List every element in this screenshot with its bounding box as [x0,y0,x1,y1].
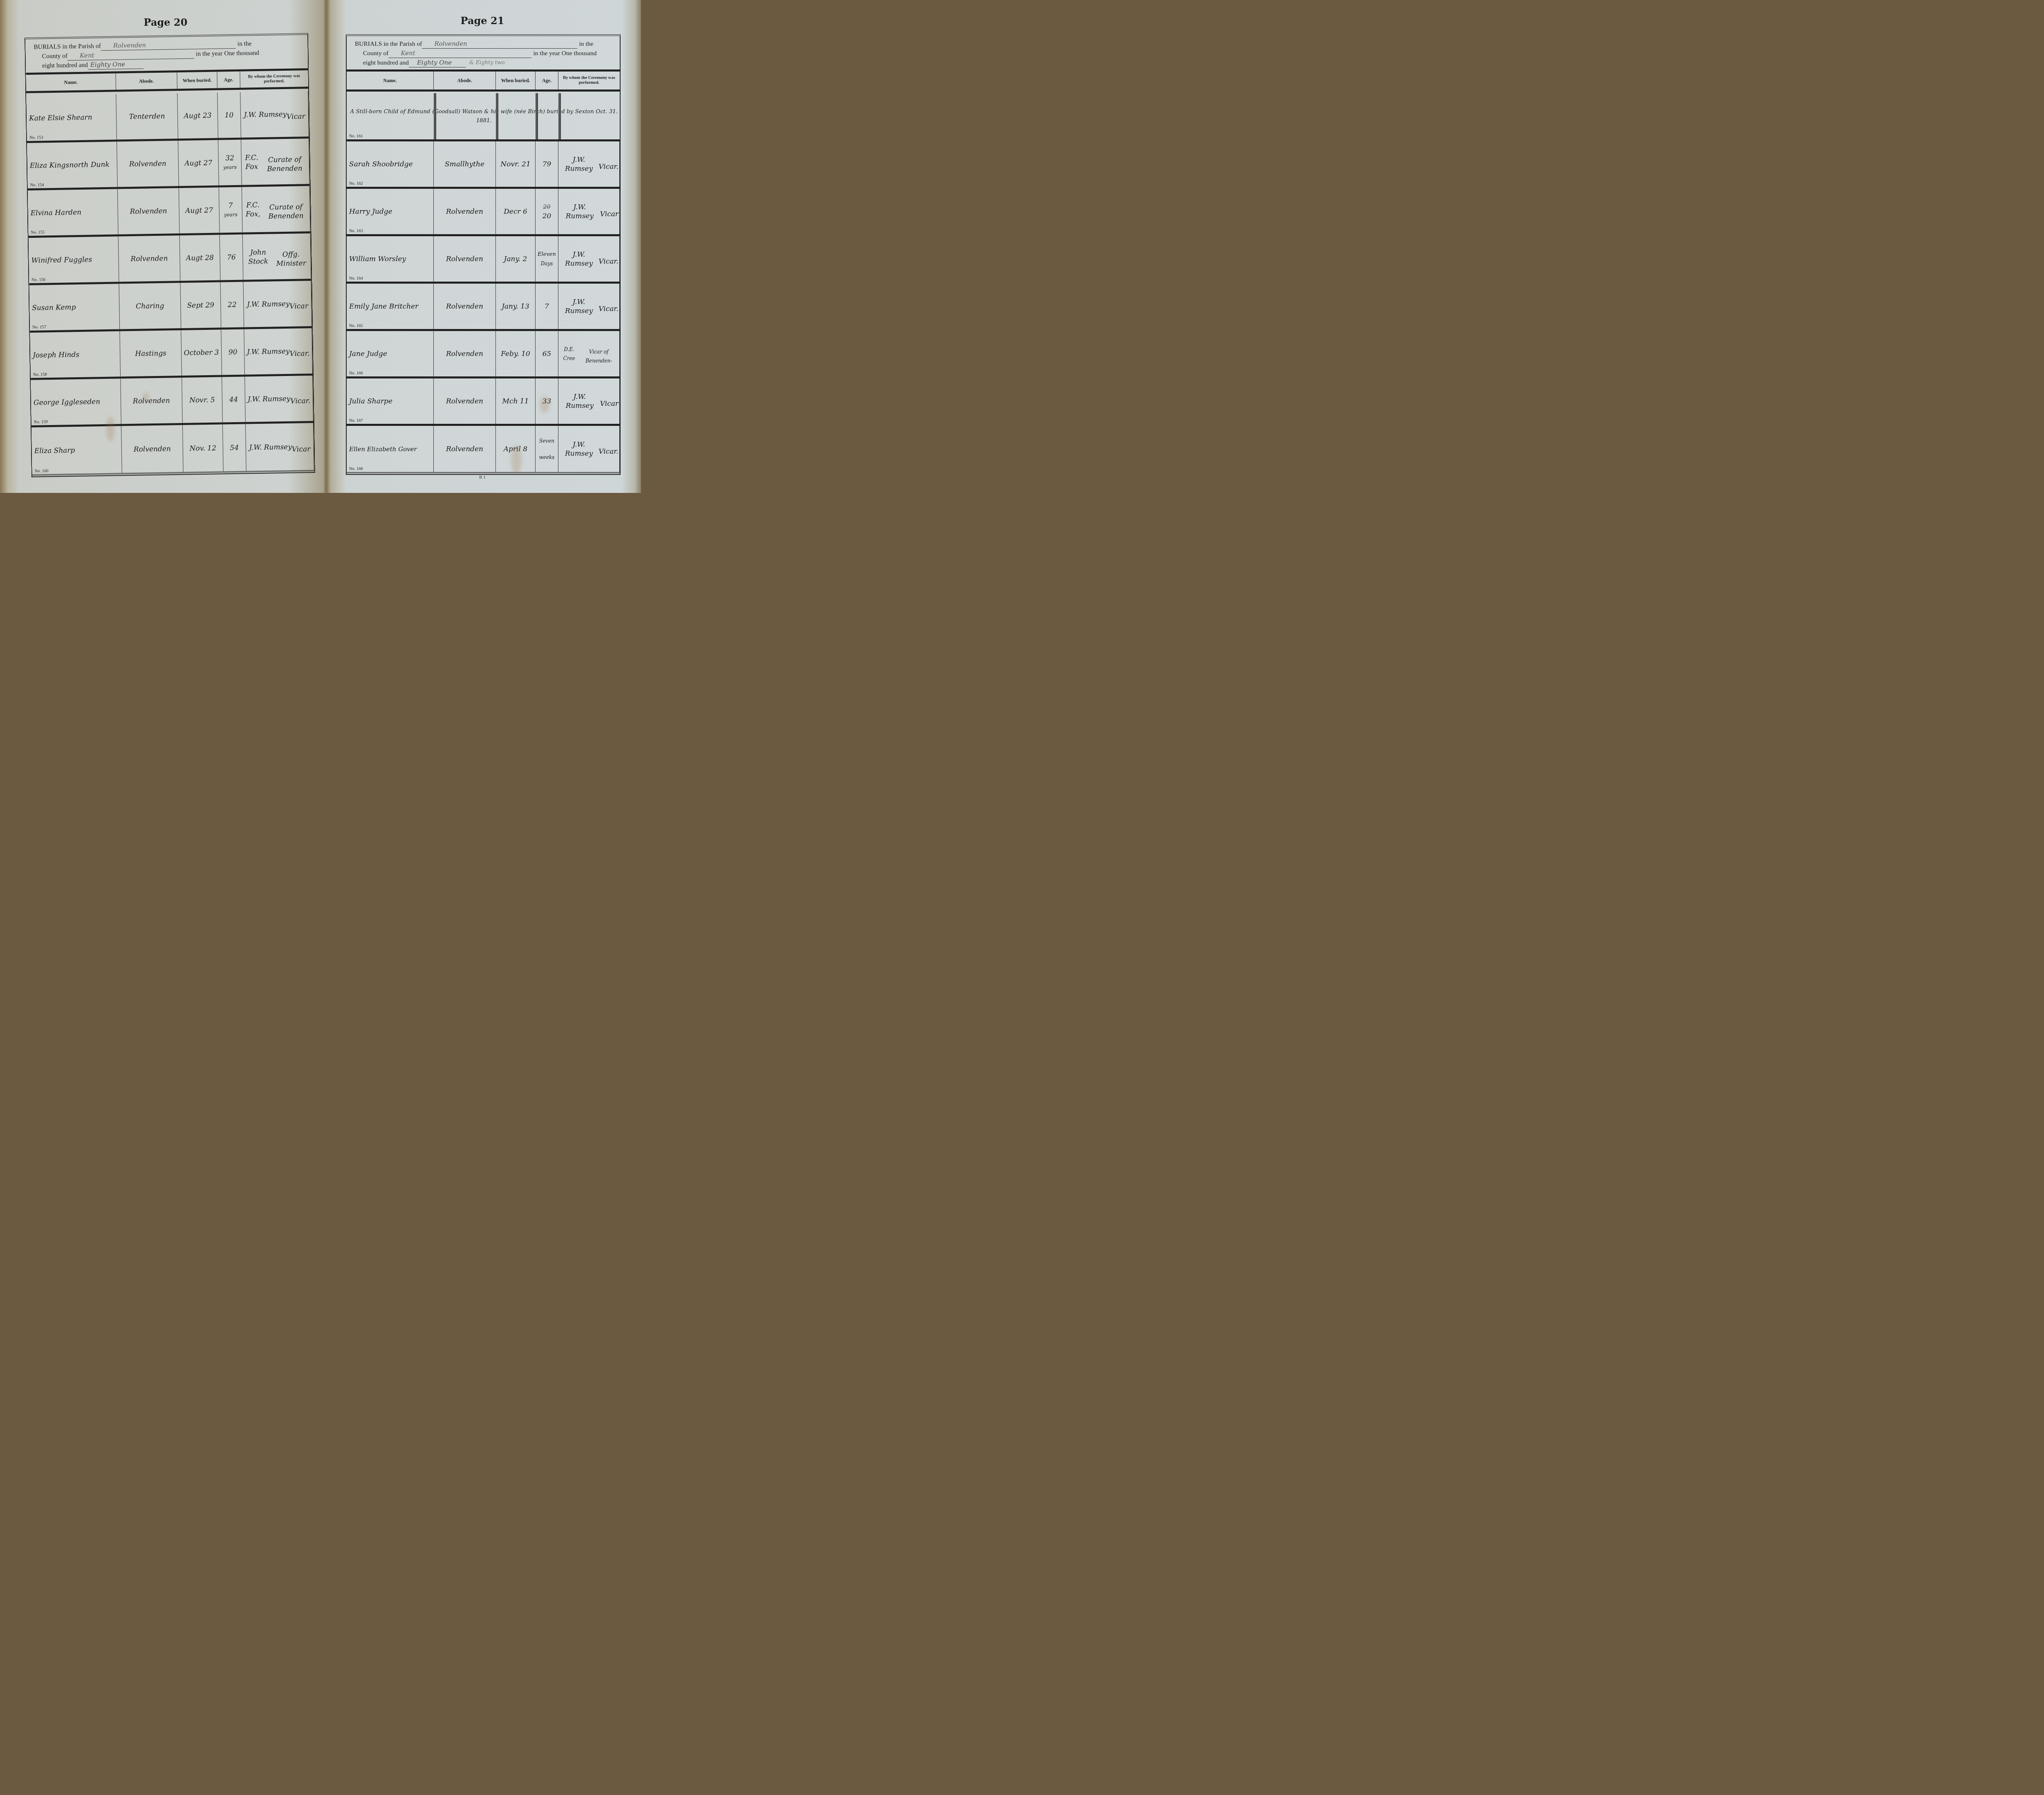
entry-officiant: J.W. RumseyVicar [558,189,620,234]
year-field-addition: & Eighty two [466,58,505,67]
entry-officiant: J.W. RumseyVicar. [558,284,620,329]
col-abode: Abode. [434,72,496,90]
heading-label: in the year One thousand [533,49,596,58]
signature-mark: B 1 [327,475,638,480]
entry-officiant: F.C. Fox,Curate of Benenden [242,186,311,233]
burial-register-form: BURIALS in the Parish of Rolvenden in th… [346,34,621,475]
entry-number: No. 162 [349,181,363,186]
entry-name: George Iggleseden [31,378,121,425]
entry-officiant: D.E. CreeVicar of Benenden- [558,331,620,376]
entry-abode: Hastings [120,330,182,376]
entry-number: No. 156 [31,278,45,282]
officiant-title: Vicar [289,302,308,311]
entry-name: Joseph Hinds [30,331,121,378]
page-title: Page 20 [8,16,323,28]
burial-entry: Susan Kemp Charing Sept 29 22 J.W. Rumse… [29,281,312,333]
entry-officiant: J.W. RumseyVicar. [245,376,314,422]
entry-when-buried: Jany. 13 [496,284,536,329]
left-page: Page 20 BURIALS in the Parish of Rolvend… [8,0,323,493]
entry-officiant: J.W. RumseyVicar [246,423,314,471]
officiant-title: Vicar [292,445,311,454]
year-field: Eighty One [88,59,143,69]
entry-age: 65 [536,331,558,376]
register-heading: BURIALS in the Parish of Rolvenden in th… [25,35,308,71]
entry-officiant: J.W. RumseyVicar [243,281,312,327]
burial-entry: Harry Judge Rolvenden Decr 6 2020 J.W. R… [347,189,620,236]
entry-name: Julia Sharpe [347,378,434,424]
entry-number: No. 154 [30,183,44,188]
paper-stain [143,392,149,401]
age-value: 54 [230,443,239,452]
age-struck-value: 20 [543,203,551,212]
age-unit: Days [541,259,553,268]
age-unit: years [223,162,237,172]
entry-age: 79 [536,141,558,187]
entry-abode: Rolvenden [119,235,181,282]
age-value: Eleven [538,250,556,259]
entry-when-buried: Nov. 12 [183,424,224,472]
heading-label: BURIALS in the Parish of [34,42,101,52]
burial-entry: Ellen Elizabeth Gover Rolvenden April 8 … [347,426,620,473]
entry-abode: Rolvenden [117,141,179,187]
county-field: Kent [67,49,194,60]
officiant-name: J.W. Rumsey [244,110,287,119]
age-value: Seven [539,436,554,445]
burial-entry: Jane Judge Rolvenden Feby. 10 65 D.E. Cr… [347,331,620,378]
entry-when-buried: Novr. 5 [182,377,223,423]
entry-abode: Rolvenden [434,189,496,234]
col-when-buried: When buried. [496,72,536,90]
entry-abode: Rolvenden [434,331,496,376]
burial-entry: George Iggleseden Rolvenden Novr. 5 44 J… [31,376,314,427]
officiant-name: J.W. Rumsey [559,440,598,458]
age-value: 20 [542,212,551,221]
entry-age: 44 [222,377,246,423]
entry-name: Elvina Harden [28,189,119,235]
burial-entry: Elvina Harden Rolvenden Augt 27 7years F… [28,186,311,238]
entry-abode: Smallhythe [434,141,496,187]
entry-name: Emily Jane Britcher [347,284,434,329]
age-value: 7 [545,302,549,311]
entry-when-buried: October 3 [181,330,222,376]
register-heading: BURIALS in the Parish of Rolvenden in th… [347,36,620,68]
officiant-title: Curate of Benenden [263,202,309,221]
entry-number: No. 166 [349,371,363,376]
entry-officiant: J.W. RumseyVicar. [558,141,620,187]
age-value: 65 [542,349,551,358]
entry-abode: Rolvenden [118,188,180,234]
entry-when-buried: Augt 27 [178,140,219,186]
page-title: Page 21 [327,15,638,27]
entry-when-buried: Augt 28 [180,235,221,281]
entry-name: Ellen Elizabeth Gover [347,426,434,472]
entry-age: 90 [221,329,245,375]
entry-abode: Rolvenden [434,236,496,282]
entry-when-buried: Novr. 21 [496,141,536,187]
entry-name: Jane Judge [347,331,434,376]
officiant-name: John Stock [244,248,273,266]
burial-entry: Eliza Kingsnorth Dunk Rolvenden Augt 27 … [27,139,310,190]
entry-abode: Rolvenden [121,378,183,424]
col-age: Age. [536,72,558,90]
heading-label: eight hundred and [363,58,409,67]
officiant-name: F.C. Fox, [243,200,263,219]
officiant-name: D.E. Cree [559,345,579,363]
entry-age: 2020 [536,189,558,234]
entry-name: Susan Kemp [29,284,120,330]
officiant-title: Vicar. [289,349,309,358]
age-value: 32 [225,153,234,162]
officiant-title: Vicar. [598,257,619,266]
officiant-title: Curate of Benenden [261,155,308,174]
officiant-name: J.W. Rumsey [559,298,598,316]
heading-label: County of [363,49,388,58]
heading-label: in the year One thousand [196,49,259,58]
entry-when-buried: Sept 29 [180,282,221,329]
entry-abode: Rolvenden [434,284,496,329]
entry-abode: Tenterden [116,93,178,139]
heading-label: in the [238,39,252,49]
entry-when-buried: Mch 11 [496,378,536,424]
entry-age: 7years [219,187,243,233]
entry-officiant: J.W. RumseyVicar. [558,426,620,472]
officiant-title: Vicar. [290,396,310,406]
heading-label: in the [579,40,593,49]
officiant-name: J.W. Rumsey [247,299,290,309]
entry-when-buried: Feby. 10 [496,331,536,376]
entry-abode: Charing [119,283,181,329]
entry-officiant: J.W. RumseyVicar [558,378,620,424]
officiant-title: Vicar. [598,304,619,313]
column-divider [536,93,538,139]
officiant-name: J.W. Rumsey [249,442,292,452]
county-field: Kent [388,49,531,58]
entry-age: Sevenweeks [536,426,558,472]
entry-abode: Rolvenden [121,425,184,473]
heading-label: County of [42,51,68,61]
parish-field: Rolvenden [422,39,577,49]
column-divider [558,93,561,139]
entry-name: Sarah Shoobridge [347,141,434,187]
entry-officiant: F.C. FoxCurate of Benenden [241,139,310,185]
officiant-title: Vicar [600,399,619,408]
age-unit: years [224,210,238,219]
burial-entry: Sarah Shoobridge Smallhythe Novr. 21 79 … [347,141,620,189]
entry-number: No. 158 [33,372,47,377]
heading-label: BURIALS in the Parish of [355,40,422,49]
officiant-name: J.W. Rumsey [559,392,600,410]
officiant-title: Vicar of Benenden- [579,347,619,365]
column-divider [496,93,498,139]
paper-stain [511,445,522,474]
entry-abode: Rolvenden [434,426,496,472]
officiant-title: Vicar [600,210,619,219]
col-officiant: By whom the Ceremony was performed. [240,70,308,88]
age-value: 10 [225,110,234,119]
age-value: 22 [228,300,237,309]
officiant-title: Vicar. [598,447,619,456]
paper-stain [106,417,114,441]
entry-officiant: John StockOffg. Minister [243,233,312,280]
entry-number: No. 165 [349,324,363,328]
col-name: Name. [26,74,116,91]
entry-number: No. 160 [35,469,49,474]
register-spread: Page 20 BURIALS in the Parish of Rolvend… [0,0,641,493]
entry-age: 32years [218,140,242,186]
burial-entry: Emily Jane Britcher Rolvenden Jany. 13 7… [347,284,620,331]
entry-officiant: J.W. RumseyVicar. [244,328,313,375]
col-age: Age. [217,72,240,88]
entry-number: No. 164 [349,276,363,281]
entry-officiant: J.W. RumseyVicar [240,91,309,138]
col-abode: Abode. [116,72,177,90]
col-name: Name. [347,72,434,90]
age-unit: weeks [539,453,555,462]
col-officiant: By whom the Ceremony was performed. [558,72,620,90]
burial-entry: William Worsley Rolvenden Jany. 2 Eleven… [347,236,620,284]
entry-officiant: J.W. RumseyVicar. [558,236,620,282]
burial-register-form: BURIALS in the Parish of Rolvenden in th… [25,33,315,477]
officiant-title: Offg. Minister [272,250,310,268]
entry-when-buried: Jany. 2 [496,236,536,282]
officiant-name: J.W. Rumsey [559,250,598,268]
column-headers: Name. Abode. When buried. Age. By whom t… [26,68,308,93]
officiant-name: J.W. Rumsey [248,394,291,404]
entry-age: 54 [223,424,247,472]
entry-name: Eliza Kingsnorth Dunk [27,141,118,188]
officiant-name: J.W. Rumsey [559,155,598,173]
entry-number: No. 167 [349,419,363,423]
age-value: 44 [229,395,238,404]
entry-when-buried: Augt 23 [177,93,218,139]
paper-stain [540,396,549,413]
entry-number: No. 161 [349,134,363,139]
entry-when-buried: Decr 6 [496,189,536,234]
burial-entry: Joseph Hinds Hastings October 3 90 J.W. … [30,328,313,380]
entry-number: No. 159 [34,420,48,425]
age-value: 79 [542,160,551,169]
entry-name: Kate Elsie Shearn [26,94,117,141]
stillborn-entry: A Still-born Child of Edmund (Goodsall) … [347,93,620,141]
age-value: 76 [227,253,236,262]
burial-entry: Kate Elsie Shearn Tenterden Augt 23 10 J… [26,91,309,143]
heading-label: eight hundred and [42,61,88,71]
entry-name: Winifred Fuggles [29,236,119,283]
entry-age: 7 [536,284,558,329]
burial-entry: Julia Sharpe Rolvenden Mch 11 33 J.W. Ru… [347,378,620,426]
burial-entry: Eliza Sharp Rolvenden Nov. 12 54 J.W. Ru… [31,423,314,476]
officiant-name: J.W. Rumsey [247,347,290,356]
officiant-name: F.C. Fox [242,153,261,171]
entry-name: William Worsley [347,236,434,282]
entry-when-buried: Augt 27 [179,188,220,234]
col-when-buried: When buried. [177,72,217,89]
right-page: Page 21 BURIALS in the Parish of Rolvend… [327,0,638,493]
column-headers: Name. Abode. When buried. Age. By whom t… [347,69,620,92]
age-value: 90 [229,347,238,356]
entry-number: No. 153 [29,135,43,140]
officiant-name: J.W. Rumsey [559,203,600,221]
entry-abode: Rolvenden [434,378,496,424]
entry-age: 76 [220,235,244,280]
entry-age: ElevenDays [536,236,558,282]
officiant-title: Vicar. [598,162,619,171]
entry-name: Harry Judge [347,189,434,234]
year-field: Eighty One [409,58,466,67]
entry-number: No. 155 [31,230,45,235]
entry-number: No. 163 [349,229,363,233]
burial-entry: Winifred Fuggles Rolvenden Augt 28 76 Jo… [29,233,312,285]
stillborn-entry-text: A Still-born Child of Edmund (Goodsall) … [347,93,620,139]
age-value: 7 [228,201,233,210]
entry-number: No. 168 [349,467,363,471]
column-divider [434,93,436,139]
entry-age: 10 [217,92,241,138]
officiant-title: Vicar [287,112,305,121]
entry-number: No. 157 [32,325,46,330]
entry-age: 22 [220,282,244,328]
